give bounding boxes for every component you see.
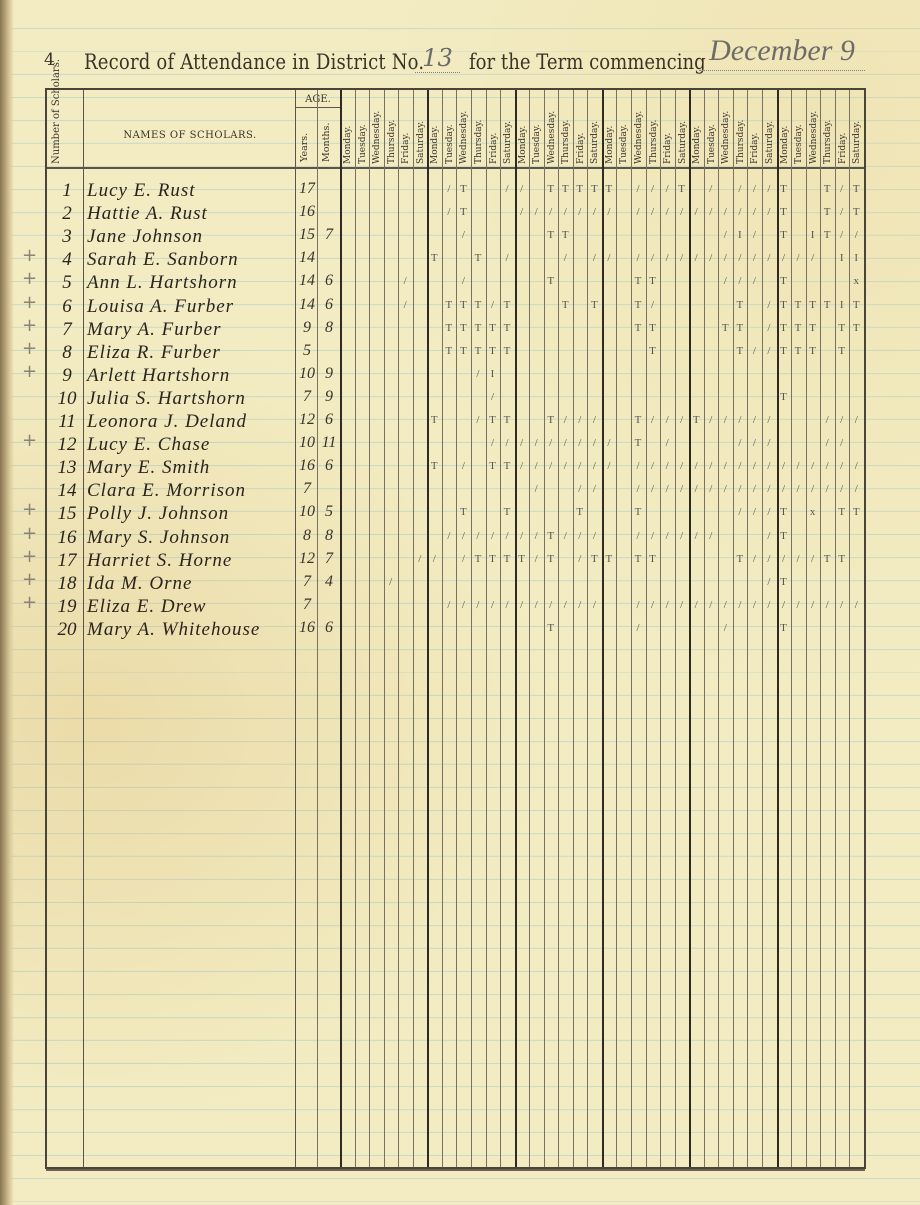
attendance-mark: T <box>777 229 791 241</box>
attendance-mark: / <box>747 414 761 426</box>
attendance-mark: / <box>631 183 645 195</box>
table-row: 12Lucy E. Chase1011/////////T////// <box>47 434 864 457</box>
attendance-mark: T <box>777 275 791 287</box>
attendance-mark: / <box>747 553 761 565</box>
attendance-mark: / <box>456 229 470 241</box>
attendance-mark: T <box>500 299 514 311</box>
attendance-mark: T <box>791 345 805 357</box>
attendance-mark: / <box>675 530 689 542</box>
attendance-mark: T <box>806 299 820 311</box>
attendance-mark: / <box>733 460 747 472</box>
attendance-mark: / <box>733 483 747 495</box>
attendance-mark: / <box>529 206 543 218</box>
attendance-mark: / <box>689 252 703 264</box>
header-names-of-scholars: NAMES OF SCHOLARS. <box>85 130 295 141</box>
attendance-mark: T <box>427 252 441 264</box>
attendance-mark: T <box>820 229 834 241</box>
attendance-mark: / <box>733 506 747 518</box>
attendance-mark: / <box>500 437 514 449</box>
attendance-mark: T <box>544 622 558 634</box>
attendance-mark: / <box>442 599 456 611</box>
scholar-name: Lucy E. Rust <box>87 180 297 202</box>
attendance-mark: T <box>849 206 863 218</box>
attendance-mark: / <box>660 206 674 218</box>
scholar-age-months: 6 <box>318 296 340 314</box>
attendance-mark: / <box>806 553 820 565</box>
attendance-mark: / <box>544 437 558 449</box>
scholar-age-years: 12 <box>296 550 318 568</box>
table-row: 16Mary S. Johnson88///////T//////////T <box>47 527 864 550</box>
table-row: 11Leonora J. Deland126T/TTT///T///T/////… <box>47 411 864 434</box>
attendance-mark: / <box>762 483 776 495</box>
attendance-mark: T <box>471 345 485 357</box>
attendance-mark: / <box>442 530 456 542</box>
attendance-mark: / <box>587 252 601 264</box>
attendance-mark: / <box>515 183 529 195</box>
attendance-mark: / <box>573 414 587 426</box>
attendance-mark: T <box>718 322 732 334</box>
attendance-mark: / <box>762 530 776 542</box>
attendance-table: Number of Scholars. NAMES OF SCHOLARS. A… <box>45 88 866 1169</box>
attendance-mark: / <box>587 437 601 449</box>
attendance-mark: T <box>675 183 689 195</box>
margin-tally-mark: + <box>22 245 37 266</box>
attendance-mark: / <box>631 252 645 264</box>
attendance-mark: / <box>602 460 616 472</box>
table-row: 6Louisa A. Furber146/TTT/TTTT/T/TTTTIT <box>47 296 864 319</box>
attendance-mark: T <box>456 299 470 311</box>
scholar-name: Louisa A. Furber <box>87 296 297 318</box>
attendance-mark: / <box>762 299 776 311</box>
attendance-mark: / <box>675 414 689 426</box>
attendance-mark: T <box>806 322 820 334</box>
attendance-mark: / <box>849 414 863 426</box>
attendance-mark: / <box>777 483 791 495</box>
attendance-mark: T <box>733 345 747 357</box>
attendance-mark: / <box>835 599 849 611</box>
attendance-mark: T <box>849 322 863 334</box>
attendance-mark: T <box>544 275 558 287</box>
scholar-age-months: 6 <box>318 272 340 290</box>
scholar-number: 9 <box>53 365 81 387</box>
scholar-number: 1 <box>53 180 81 202</box>
attendance-mark: / <box>558 460 572 472</box>
attendance-mark: T <box>456 345 470 357</box>
attendance-mark: / <box>442 206 456 218</box>
attendance-mark: / <box>718 460 732 472</box>
attendance-mark: / <box>660 599 674 611</box>
page-header: 4 Record of Attendance in District No. 1… <box>44 48 874 84</box>
attendance-mark: / <box>733 183 747 195</box>
attendance-mark: T <box>777 322 791 334</box>
attendance-mark: T <box>500 345 514 357</box>
attendance-mark: / <box>777 599 791 611</box>
attendance-mark: I <box>835 299 849 311</box>
scholar-age-months: 9 <box>318 388 340 406</box>
attendance-mark: / <box>660 414 674 426</box>
attendance-mark: / <box>820 599 834 611</box>
attendance-mark: / <box>849 483 863 495</box>
attendance-mark: / <box>529 437 543 449</box>
header-day: Tuesday. <box>530 94 544 164</box>
attendance-mark: / <box>646 599 660 611</box>
attendance-mark: T <box>777 576 791 588</box>
attendance-mark: / <box>835 437 849 449</box>
attendance-mark: / <box>646 414 660 426</box>
attendance-mark: / <box>762 437 776 449</box>
attendance-mark: T <box>558 299 572 311</box>
attendance-mark: / <box>718 275 732 287</box>
attendance-mark: / <box>660 183 674 195</box>
attendance-mark: T <box>646 553 660 565</box>
header-day: Monday. <box>341 94 355 164</box>
scholar-age-months: 11 <box>318 434 340 452</box>
table-row: 19Eliza E. Drew7////////////////////////… <box>47 596 864 619</box>
page-binding-edge <box>0 0 14 1205</box>
attendance-mark: / <box>704 414 718 426</box>
attendance-mark: / <box>500 252 514 264</box>
attendance-mark: T <box>631 414 645 426</box>
attendance-mark: T <box>544 183 558 195</box>
attendance-mark: / <box>558 414 572 426</box>
scholar-number: 17 <box>53 550 81 572</box>
attendance-mark: / <box>646 206 660 218</box>
scholar-name: Ida M. Orne <box>87 573 297 595</box>
scholar-name: Jane Johnson <box>87 226 297 248</box>
scholar-age-years: 14 <box>296 296 318 314</box>
attendance-mark: T <box>500 553 514 565</box>
attendance-mark: / <box>456 553 470 565</box>
header-day: Saturday. <box>588 94 602 164</box>
attendance-mark: / <box>573 483 587 495</box>
attendance-mark: I <box>849 252 863 264</box>
scholar-age-months: 7 <box>318 550 340 568</box>
scholar-age-years: 7 <box>296 596 318 614</box>
attendance-mark: / <box>456 599 470 611</box>
header-number-of-scholars: Number of Scholars. <box>51 94 81 164</box>
margin-tally-mark: + <box>22 523 37 544</box>
margin-tally-mark: + <box>22 592 37 613</box>
attendance-mark: / <box>747 229 761 241</box>
attendance-mark: / <box>558 599 572 611</box>
attendance-mark: T <box>500 506 514 518</box>
attendance-mark: I <box>486 368 500 380</box>
attendance-mark: T <box>777 183 791 195</box>
header-day: Wednesday. <box>545 94 559 164</box>
attendance-mark: T <box>777 391 791 403</box>
attendance-mark: T <box>456 183 470 195</box>
attendance-mark: / <box>471 414 485 426</box>
attendance-mark: / <box>820 437 834 449</box>
attendance-mark: / <box>529 483 543 495</box>
attendance-mark: T <box>733 299 747 311</box>
margin-tally-mark: + <box>22 361 37 382</box>
attendance-mark: / <box>777 553 791 565</box>
margin-tally-mark: + <box>22 315 37 336</box>
attendance-mark: / <box>398 299 412 311</box>
attendance-mark: T <box>631 437 645 449</box>
scholar-number: 15 <box>53 503 81 525</box>
attendance-mark: / <box>573 437 587 449</box>
header-age: AGE. <box>296 94 340 108</box>
scholar-age-months: 9 <box>318 365 340 383</box>
attendance-mark: T <box>427 414 441 426</box>
scholar-number: 12 <box>53 434 81 456</box>
header-day: Monday. <box>516 94 530 164</box>
attendance-mark: x <box>849 275 863 287</box>
attendance-mark: / <box>471 599 485 611</box>
attendance-mark: / <box>587 414 601 426</box>
attendance-mark: / <box>733 437 747 449</box>
attendance-mark: / <box>660 252 674 264</box>
attendance-mark: / <box>602 252 616 264</box>
attendance-mark: T <box>689 414 703 426</box>
attendance-mark: / <box>631 483 645 495</box>
attendance-mark: T <box>602 553 616 565</box>
attendance-mark: T <box>515 553 529 565</box>
scholar-age-years: 14 <box>296 272 318 290</box>
attendance-mark: / <box>689 483 703 495</box>
attendance-mark: / <box>791 553 805 565</box>
attendance-mark: / <box>529 530 543 542</box>
scholar-age-years: 12 <box>296 411 318 429</box>
attendance-mark: / <box>733 252 747 264</box>
attendance-mark: / <box>544 460 558 472</box>
attendance-mark: T <box>471 252 485 264</box>
scholar-name: Ann L. Hartshorn <box>87 272 297 294</box>
header-day: Friday. <box>661 94 675 164</box>
header-day: Tuesday. <box>792 94 806 164</box>
attendance-mark: / <box>631 622 645 634</box>
attendance-mark: / <box>689 206 703 218</box>
attendance-mark: / <box>733 599 747 611</box>
header-day: Friday. <box>399 94 413 164</box>
attendance-mark: / <box>456 275 470 287</box>
attendance-mark: / <box>747 437 761 449</box>
attendance-mark: / <box>500 599 514 611</box>
attendance-mark: T <box>442 345 456 357</box>
scholar-name: Eliza E. Drew <box>87 596 297 618</box>
attendance-mark: / <box>660 530 674 542</box>
scholar-name: Sarah E. Sanborn <box>87 249 297 271</box>
attendance-mark: / <box>704 460 718 472</box>
attendance-mark: / <box>587 599 601 611</box>
attendance-mark: T <box>442 299 456 311</box>
attendance-mark: T <box>500 322 514 334</box>
scholar-age-years: 16 <box>296 619 318 637</box>
header-day: Saturday. <box>676 94 690 164</box>
attendance-mark: / <box>704 530 718 542</box>
attendance-mark: / <box>718 483 732 495</box>
header-day: Tuesday. <box>705 94 719 164</box>
scholar-age-years: 10 <box>296 434 318 452</box>
attendance-mark: / <box>573 206 587 218</box>
scholar-number: 19 <box>53 596 81 618</box>
attendance-mark: T <box>631 506 645 518</box>
attendance-mark: / <box>747 460 761 472</box>
attendance-mark: / <box>849 460 863 472</box>
attendance-mark: / <box>646 252 660 264</box>
scholar-name: Hattie A. Rust <box>87 203 297 225</box>
attendance-mark: / <box>747 345 761 357</box>
attendance-mark: / <box>646 530 660 542</box>
attendance-mark: / <box>413 553 427 565</box>
attendance-mark: / <box>718 252 732 264</box>
margin-tally-mark: + <box>22 268 37 289</box>
attendance-mark: / <box>471 530 485 542</box>
scholar-age-months: 6 <box>318 411 340 429</box>
attendance-mark: / <box>733 206 747 218</box>
page-title-suffix: for the Term commencing <box>469 50 706 74</box>
attendance-mark: / <box>456 530 470 542</box>
table-row: 13Mary E. Smith166T/TT//////////////////… <box>47 457 864 480</box>
attendance-mark: / <box>791 460 805 472</box>
district-number-field: 13 <box>415 44 460 73</box>
attendance-mark: I <box>835 252 849 264</box>
scholar-number: 20 <box>53 619 81 641</box>
attendance-mark: T <box>558 229 572 241</box>
scholar-name: Lucy E. Chase <box>87 434 297 456</box>
scholar-number: 8 <box>53 342 81 364</box>
header-day: Monday. <box>603 94 617 164</box>
attendance-mark: / <box>646 183 660 195</box>
scholar-number: 3 <box>53 226 81 248</box>
attendance-mark: / <box>835 229 849 241</box>
header-day: Thursday. <box>734 94 748 164</box>
attendance-mark: / <box>471 368 485 380</box>
attendance-mark: / <box>587 460 601 472</box>
header-day: Friday. <box>836 94 850 164</box>
attendance-mark: / <box>544 206 558 218</box>
attendance-mark: / <box>689 599 703 611</box>
attendance-mark: / <box>718 414 732 426</box>
attendance-mark: / <box>762 345 776 357</box>
attendance-mark: / <box>558 206 572 218</box>
attendance-mark: / <box>660 483 674 495</box>
header-day: Wednesday. <box>457 94 471 164</box>
header-day: Saturday. <box>850 94 864 164</box>
table-row: 14Clara E. Morrison7/////////////////// <box>47 480 864 503</box>
attendance-mark: / <box>835 483 849 495</box>
attendance-mark: / <box>747 275 761 287</box>
header-day: Wednesday. <box>719 94 733 164</box>
attendance-mark: T <box>544 553 558 565</box>
attendance-mark: / <box>529 553 543 565</box>
attendance-mark: / <box>398 275 412 287</box>
attendance-mark: x <box>806 506 820 518</box>
attendance-mark: T <box>544 414 558 426</box>
attendance-mark: / <box>689 530 703 542</box>
attendance-mark: / <box>835 206 849 218</box>
header-years: Years. <box>298 112 316 162</box>
attendance-mark: / <box>500 183 514 195</box>
attendance-mark: / <box>820 460 834 472</box>
term-start-field: December 9 <box>699 34 865 71</box>
attendance-mark: T <box>573 183 587 195</box>
table-row: 17Harriet S. Horne127///TTTT/T/TTTTT////… <box>47 550 864 573</box>
attendance-mark: / <box>806 460 820 472</box>
scholar-age-months: 4 <box>318 573 340 591</box>
attendance-mark: T <box>806 345 820 357</box>
scholar-number: 14 <box>53 480 81 502</box>
attendance-mark: T <box>544 530 558 542</box>
attendance-mark: / <box>660 460 674 472</box>
table-row: 15Polly J. Johnson105TTTT///TxTT <box>47 503 864 526</box>
scholar-name: Julia S. Hartshorn <box>87 388 297 410</box>
attendance-mark: T <box>558 183 572 195</box>
attendance-mark: / <box>704 599 718 611</box>
header-day: Tuesday. <box>443 94 457 164</box>
attendance-mark: T <box>486 322 500 334</box>
header-day: Friday. <box>487 94 501 164</box>
scholar-name: Clara E. Morrison <box>87 480 297 502</box>
attendance-mark: T <box>820 183 834 195</box>
attendance-mark: / <box>486 299 500 311</box>
attendance-mark: / <box>675 599 689 611</box>
attendance-mark: / <box>704 252 718 264</box>
header-day: Thursday. <box>559 94 573 164</box>
table-row: 1Lucy E. Rust17/T//TTTTT///T////TT/T <box>47 180 864 203</box>
attendance-mark: T <box>486 460 500 472</box>
attendance-mark: T <box>849 299 863 311</box>
scholar-age-years: 7 <box>296 388 318 406</box>
attendance-mark: / <box>835 460 849 472</box>
attendance-mark: / <box>762 460 776 472</box>
scholar-age-years: 10 <box>296 503 318 521</box>
attendance-mark: / <box>558 437 572 449</box>
attendance-mark: T <box>427 460 441 472</box>
attendance-mark: T <box>835 322 849 334</box>
attendance-mark: T <box>777 206 791 218</box>
attendance-mark: / <box>718 599 732 611</box>
attendance-mark: T <box>849 506 863 518</box>
attendance-mark: / <box>806 599 820 611</box>
attendance-mark: / <box>500 530 514 542</box>
table-row: 2Hattie A. Rust16/T/////////////////TT/T <box>47 203 864 226</box>
attendance-mark: T <box>733 553 747 565</box>
attendance-mark: / <box>762 576 776 588</box>
attendance-mark: / <box>791 252 805 264</box>
scholar-age-years: 10 <box>296 365 318 383</box>
scholar-name: Mary S. Johnson <box>87 527 297 549</box>
attendance-mark: T <box>820 206 834 218</box>
attendance-mark: T <box>820 299 834 311</box>
attendance-mark: I <box>733 229 747 241</box>
header-day: Thursday. <box>647 94 661 164</box>
attendance-mark: / <box>704 483 718 495</box>
scholar-age-years: 14 <box>296 249 318 267</box>
attendance-mark: / <box>529 460 543 472</box>
attendance-mark: T <box>849 183 863 195</box>
attendance-mark: T <box>777 622 791 634</box>
attendance-mark: T <box>471 553 485 565</box>
attendance-mark: / <box>806 252 820 264</box>
attendance-mark: / <box>675 483 689 495</box>
scholar-number: 16 <box>53 527 81 549</box>
scholar-number: 5 <box>53 272 81 294</box>
scholar-age-years: 8 <box>296 527 318 545</box>
attendance-mark: T <box>777 299 791 311</box>
attendance-mark: / <box>718 206 732 218</box>
attendance-mark: T <box>835 553 849 565</box>
header-day: Friday. <box>574 94 588 164</box>
header-day: Tuesday. <box>356 94 370 164</box>
attendance-mark: / <box>762 599 776 611</box>
attendance-mark: / <box>733 275 747 287</box>
scholar-age-months: 8 <box>318 319 340 337</box>
attendance-mark: / <box>762 183 776 195</box>
attendance-mark: / <box>486 530 500 542</box>
